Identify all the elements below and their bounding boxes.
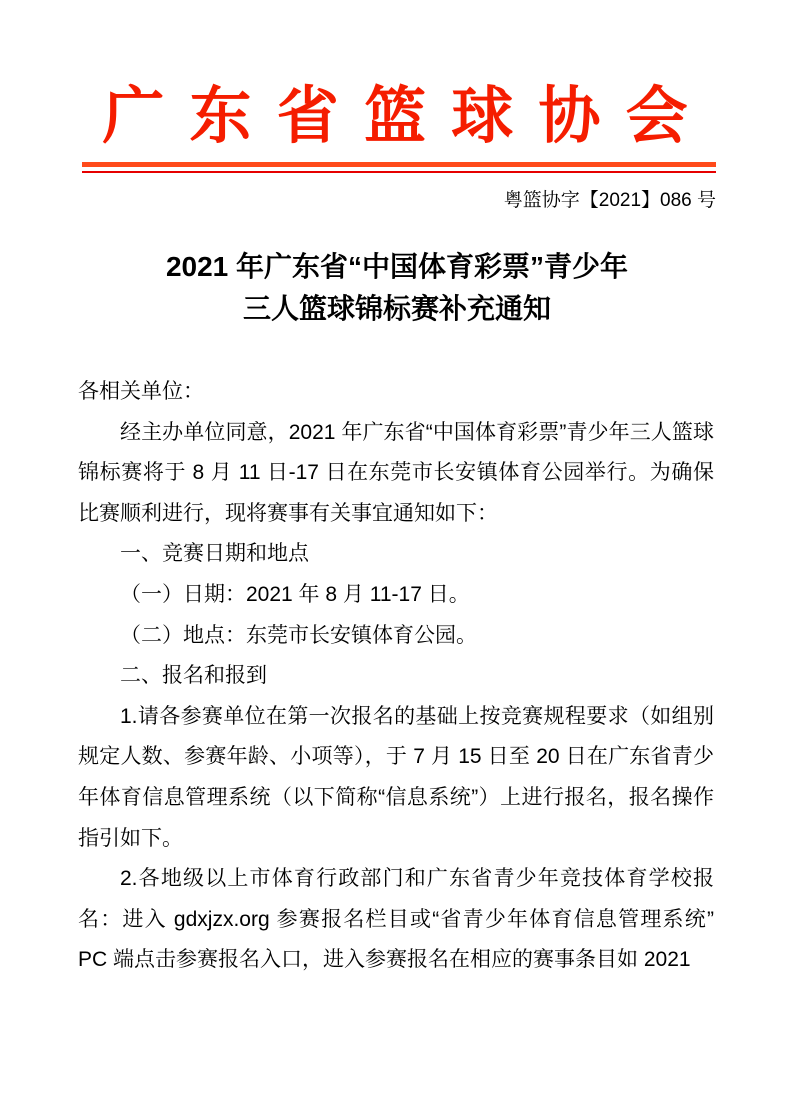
document-body: 各相关单位： 经主办单位同意，2021 年广东省“中国体育彩票”青少年三人篮球锦… xyxy=(78,372,714,981)
letterhead-rule-thick xyxy=(82,162,716,167)
document-title-line-1: 2021 年广东省“中国体育彩票”青少年 xyxy=(60,246,734,288)
section-2-item-2: 2.各地级以上市体育行政部门和广东省青少年竞技体育学校报名：进入 gdxjzx.… xyxy=(78,859,714,981)
section-2-heading: 二、报名和报到 xyxy=(78,656,714,697)
salutation: 各相关单位： xyxy=(78,372,714,413)
org-name-heading: 广 东 省 篮 球 协 会 xyxy=(40,0,754,152)
section-1-heading: 一、竞赛日期和地点 xyxy=(78,534,714,575)
document-page: 广 东 省 篮 球 协 会 粤篮协字【2021】086 号 2021 年广东省“… xyxy=(0,0,794,1108)
intro-paragraph: 经主办单位同意，2021 年广东省“中国体育彩票”青少年三人篮球锦标赛将于 8 … xyxy=(78,413,714,535)
letterhead: 广 东 省 篮 球 协 会 粤篮协字【2021】086 号 xyxy=(0,0,794,214)
section-1-item-date: （一）日期：2021 年 8 月 11-17 日。 xyxy=(78,575,714,616)
document-title: 2021 年广东省“中国体育彩票”青少年 三人篮球锦标赛补充通知 xyxy=(60,246,734,330)
document-title-line-2: 三人篮球锦标赛补充通知 xyxy=(60,288,734,330)
section-2-item-1: 1.请各参赛单位在第一次报名的基础上按竞赛规程要求（如组别规定人数、参赛年龄、小… xyxy=(78,697,714,859)
section-1-item-location: （二）地点：东莞市长安镇体育公园。 xyxy=(78,616,714,657)
doc-number: 粤篮协字【2021】086 号 xyxy=(82,188,716,214)
letterhead-rule-thin xyxy=(82,171,716,173)
